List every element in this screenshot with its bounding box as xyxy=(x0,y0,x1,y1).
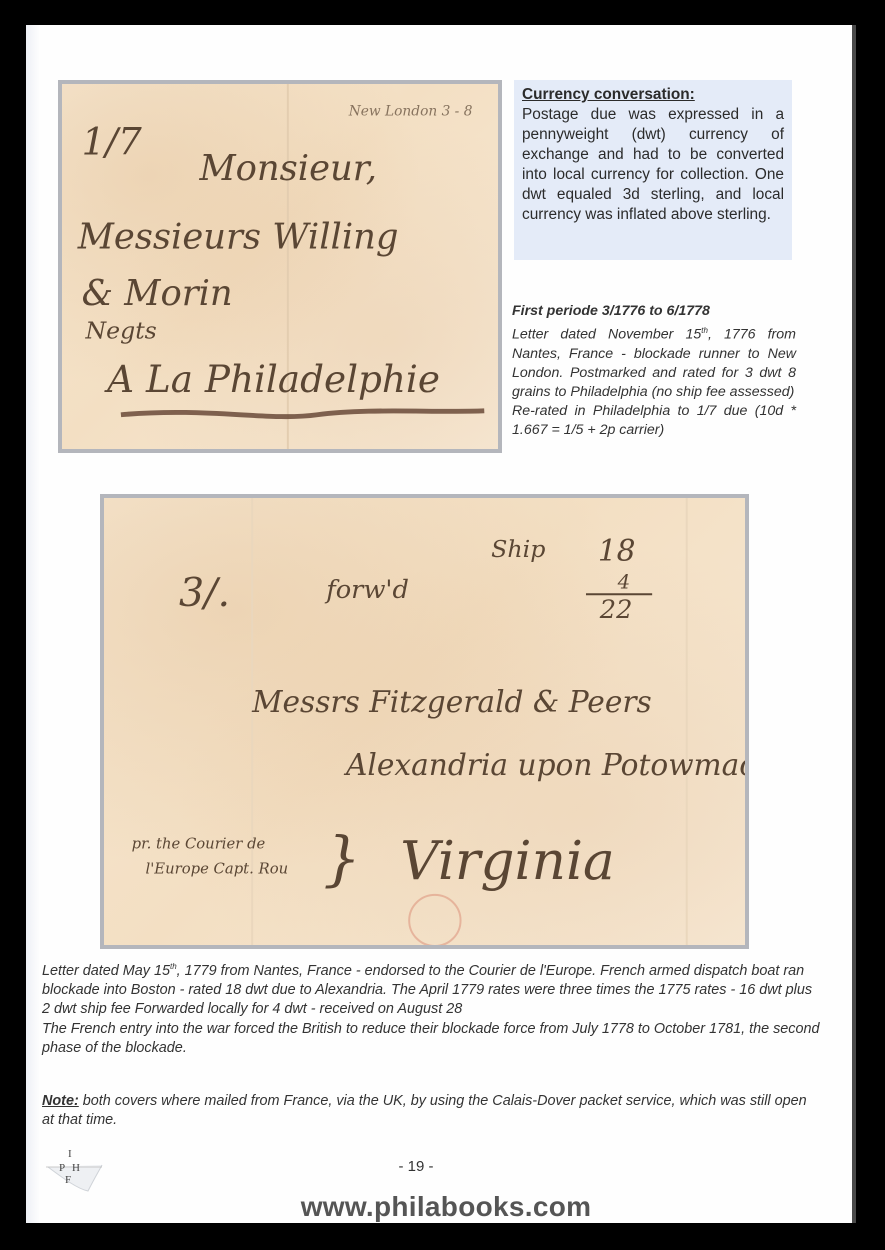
svg-text:pr. the Courier de: pr. the Courier de xyxy=(132,836,266,853)
svg-text:l'Europe Capt. Rou: l'Europe Capt. Rou xyxy=(145,860,288,877)
first-period-description: First periode 3/1776 to 6/1778 Letter da… xyxy=(512,302,796,440)
first-period-rerated: Re-rated in Philadelphia to 1/7 due (10d… xyxy=(512,402,796,440)
svg-text:18: 18 xyxy=(598,534,636,568)
first-period-body: Letter dated November 15th, 1776 from Na… xyxy=(512,321,796,402)
website-watermark: www.philabooks.com xyxy=(266,1191,626,1223)
svg-text:}: } xyxy=(323,824,361,893)
svg-text:Messrs Fitzgerald & Peers: Messrs Fitzgerald & Peers xyxy=(251,685,652,719)
note-label: Note: xyxy=(42,1093,79,1109)
note-paragraph: Note: both covers where mailed from Fran… xyxy=(42,1092,822,1131)
note-text: both covers where mailed from France, vi… xyxy=(42,1093,807,1128)
page-number: - 19 - xyxy=(366,1158,466,1175)
handwritten-cover-1: 1/7 New London 3 - 8 Monsieur, Messieurs… xyxy=(62,84,498,449)
currency-info-box: Currency conversation: Postage due was e… xyxy=(514,80,792,260)
svg-text:H: H xyxy=(72,1162,80,1174)
handwritten-cover-2: Ship 18 4 22 forw'd 3/. Messrs Fitzgeral… xyxy=(104,498,745,945)
iphf-logo-icon: I P H F xyxy=(44,1145,104,1195)
svg-text:A La Philadelphie: A La Philadelphie xyxy=(104,357,440,401)
svg-text:P: P xyxy=(59,1162,65,1174)
svg-text:1/7: 1/7 xyxy=(82,120,142,164)
svg-text:& Morin: & Morin xyxy=(82,273,233,314)
svg-text:22: 22 xyxy=(599,595,633,625)
svg-text:Alexandria upon Potowmack: Alexandria upon Potowmack xyxy=(343,748,745,782)
svg-text:Messieurs Willing: Messieurs Willing xyxy=(77,216,399,257)
svg-text:Negts: Negts xyxy=(85,316,157,344)
svg-text:F: F xyxy=(65,1174,71,1186)
currency-info-title: Currency conversation: xyxy=(522,85,784,105)
svg-text:Ship: Ship xyxy=(491,535,545,563)
document-page: 1/7 New London 3 - 8 Monsieur, Messieurs… xyxy=(26,25,856,1223)
blockade-phase-text: The French entry into the war forced the… xyxy=(42,1020,822,1059)
svg-text:Virginia: Virginia xyxy=(400,830,615,892)
first-period-heading: First periode 3/1776 to 6/1778 xyxy=(512,302,796,321)
svg-text:Monsieur,: Monsieur, xyxy=(198,148,377,189)
svg-text:3/.: 3/. xyxy=(179,570,230,616)
second-cover-description: Letter dated May 15th, 1779 from Nantes,… xyxy=(42,957,822,1020)
second-cover-caption: Letter dated May 15th, 1779 from Nantes,… xyxy=(42,957,822,1058)
cover-image-1779: Ship 18 4 22 forw'd 3/. Messrs Fitzgeral… xyxy=(100,494,749,949)
svg-text:New London 3 - 8: New London 3 - 8 xyxy=(348,103,473,119)
svg-text:forw'd: forw'd xyxy=(324,575,409,605)
cover-image-1776: 1/7 New London 3 - 8 Monsieur, Messieurs… xyxy=(58,80,502,453)
currency-info-text: Postage due was expressed in a pennyweig… xyxy=(522,105,784,225)
svg-text:I: I xyxy=(68,1148,72,1160)
svg-text:4: 4 xyxy=(617,570,631,593)
